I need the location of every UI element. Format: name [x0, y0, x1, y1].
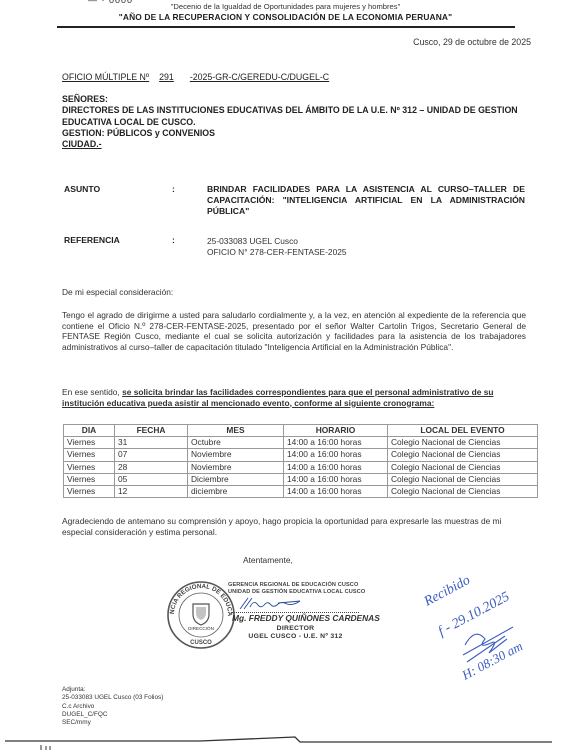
cell-local: Colegio Nacional de Ciencias	[388, 473, 538, 485]
oficio-number: OFICIO MÚLTIPLE Nº291-2025-GR-C/GEREDU-C…	[62, 72, 329, 82]
referencia-colon: :	[172, 235, 175, 245]
recipients-line3: GESTION: PÚBLICOS y CONVENIOS	[62, 128, 518, 139]
referencia-label: REFERENCIA	[64, 235, 120, 245]
table-row: Viernes07Noviembre14:00 a 16:00 horasCol…	[64, 449, 538, 461]
cell-mes: Noviembre	[188, 461, 284, 473]
cell-dia: Viernes	[64, 449, 115, 461]
recipients-city: CIUDAD.-	[62, 139, 518, 150]
paragraph-2-intro: En ese sentido,	[62, 387, 122, 397]
header-horario: HORARIO	[284, 425, 388, 437]
svg-text:Recibido: Recibido	[421, 573, 473, 610]
cell-dia: Viernes	[64, 473, 115, 485]
table-row: Viernes31Octubre14:00 a 16:00 horasColeg…	[64, 437, 538, 449]
cell-horario: 14:00 a 16:00 horas	[284, 473, 388, 485]
paragraph-3: Agradeciendo de antemano su comprensión …	[62, 516, 532, 538]
decenio-slogan: "Decenio de la Igualdad de Oportunidades…	[0, 2, 571, 11]
paragraph-2-emphasis: se solicita brindar las facilidades corr…	[62, 387, 493, 408]
official-seal-icon: GERENCIA REGIONAL DE EDUCACION DIRECCIÓN…	[166, 580, 236, 650]
svg-text:CUSCO: CUSCO	[190, 640, 212, 646]
signature-org-line1: GERENCIA REGIONAL DE EDUCACIÓN CUSCO	[228, 582, 363, 589]
header-local: LOCAL DEL EVENTO	[388, 425, 538, 437]
date-line: Cusco, 29 de octubre de 2025	[413, 37, 531, 47]
signer-name: Mg. FREDDY QUIÑONES CARDENAS	[232, 613, 380, 623]
closing: Atentamente,	[243, 555, 293, 565]
signer-title: DIRECTOR	[228, 625, 363, 633]
oficio-suffix: -2025-GR-C/GEREDU-C/DUGEL-C	[184, 72, 329, 82]
cell-dia: Viernes	[64, 461, 115, 473]
svg-text:DIRECCIÓN: DIRECCIÓN	[188, 625, 214, 631]
cell-fecha: 12	[115, 485, 188, 497]
signature-block: GERENCIA REGIONAL DE EDUCACIÓN CUSCO UNI…	[228, 582, 363, 595]
recipients-line2: EDUCATIVA LOCAL DE CUSCO.	[62, 117, 518, 128]
footer-line: C.c Archivo	[62, 703, 163, 711]
greeting: De mi especial consideración:	[62, 287, 173, 297]
footer-divider	[0, 730, 571, 750]
signer-role: DIRECTOR UGEL CUSCO - U.E. Nº 312	[228, 625, 363, 640]
cell-mes: Octubre	[188, 437, 284, 449]
cell-local: Colegio Nacional de Ciencias	[388, 485, 538, 497]
footer-line: SEC/mmy	[62, 719, 163, 727]
footer-line: 25-033083 UGEL Cusco (03 Folios)	[62, 694, 163, 702]
cell-mes: diciembre	[188, 485, 284, 497]
recipients-block: SEÑORES: DIRECTORES DE LAS INSTITUCIONES…	[62, 94, 518, 150]
oficio-prefix: OFICIO MÚLTIPLE Nº	[62, 72, 149, 82]
received-stamp-handwriting-icon: Recibido f - 29.10.2025 H: 08:30 am	[405, 550, 571, 685]
footer-line: DUGEL_C/FQC	[62, 711, 163, 719]
recipients-title: SEÑORES:	[62, 94, 518, 105]
header-dia: DIA	[64, 425, 115, 437]
cell-fecha: 05	[115, 473, 188, 485]
cell-fecha: 28	[115, 461, 188, 473]
cell-mes: Noviembre	[188, 449, 284, 461]
header-divider	[57, 26, 515, 28]
asunto-colon: :	[172, 184, 175, 194]
paragraph-1: Tengo el agrado de dirigirme a usted par…	[62, 310, 526, 352]
header-fecha: FECHA	[115, 425, 188, 437]
paragraph-2: En ese sentido, se solicita brindar las …	[62, 387, 530, 408]
cell-dia: Viernes	[64, 437, 115, 449]
table-row: Viernes12diciembre14:00 a 16:00 horasCol…	[64, 485, 538, 497]
asunto-text: BRINDAR FACILIDADES PARA LA ASISTENCIA A…	[207, 184, 525, 217]
cell-horario: 14:00 a 16:00 horas	[284, 461, 388, 473]
signer-unit: UGEL CUSCO - U.E. Nº 312	[228, 633, 363, 641]
footer-line: Adjunta:	[62, 686, 163, 694]
year-slogan: "AÑO DE LA RECUPERACION Y CONSOLIDACIÓN …	[0, 12, 571, 22]
referencia-line2: OFICIO N° 278-CER-FENTASE-2025	[207, 247, 347, 258]
schedule-header-row: DIA FECHA MES HORARIO LOCAL DEL EVENTO	[64, 425, 538, 437]
cell-local: Colegio Nacional de Ciencias	[388, 449, 538, 461]
cell-fecha: 07	[115, 449, 188, 461]
schedule-table: DIA FECHA MES HORARIO LOCAL DEL EVENTO V…	[63, 424, 538, 498]
cell-fecha: 31	[115, 437, 188, 449]
handwritten-signature-icon	[238, 595, 318, 613]
header-mes: MES	[188, 425, 284, 437]
cell-horario: 14:00 a 16:00 horas	[284, 437, 388, 449]
referencia-line1: 25-033083 UGEL Cusco	[207, 236, 347, 247]
table-row: Viernes05Diciembre14:00 a 16:00 horasCol…	[64, 473, 538, 485]
cell-local: Colegio Nacional de Ciencias	[388, 437, 538, 449]
cell-horario: 14:00 a 16:00 horas	[284, 485, 388, 497]
asunto-label: ASUNTO	[64, 184, 100, 194]
cell-local: Colegio Nacional de Ciencias	[388, 461, 538, 473]
cell-mes: Diciembre	[188, 473, 284, 485]
cell-horario: 14:00 a 16:00 horas	[284, 449, 388, 461]
oficio-num: 291	[149, 72, 184, 82]
cell-dia: Viernes	[64, 485, 115, 497]
table-row: Viernes28Noviembre14:00 a 16:00 horasCol…	[64, 461, 538, 473]
attachments-footer: Adjunta: 25-033083 UGEL Cusco (03 Folios…	[62, 686, 163, 727]
recipients-line1: DIRECTORES DE LAS INSTITUCIONES EDUCATIV…	[62, 105, 518, 116]
referencia-text: 25-033083 UGEL Cusco OFICIO N° 278-CER-F…	[207, 236, 347, 258]
